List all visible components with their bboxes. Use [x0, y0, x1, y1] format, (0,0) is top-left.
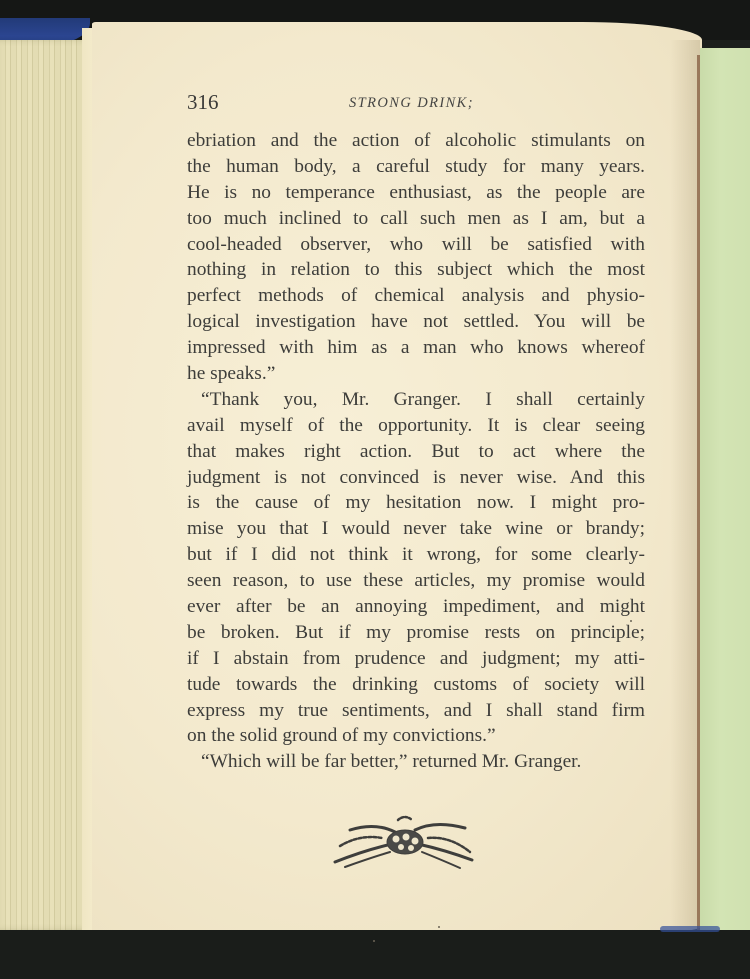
text-line: he speaks.” [187, 361, 645, 387]
text-line: “Which will be far better,” returned Mr.… [187, 749, 645, 775]
text-line: express my true sentiments, and I shall … [187, 698, 645, 724]
page-stack-edges [0, 40, 92, 930]
text-line: cool-headed observer, who will be satisf… [187, 232, 645, 258]
text-line: but if I did not think it wrong, for som… [187, 542, 645, 568]
text-line: mise you that I would never take wine or… [187, 516, 645, 542]
text-line: ebriation and the action of alcoholic st… [187, 128, 645, 154]
text-line: judgment is not convinced is never wise.… [187, 465, 645, 491]
text-line: logical investigation have not settled. … [187, 309, 645, 335]
text-line: on the solid ground of my convictions.” [187, 723, 645, 749]
page-number: 316 [187, 90, 219, 115]
text-line: seen reason, to use these articles, my p… [187, 568, 645, 594]
body-text: ebriation and the action of alcoholic st… [187, 128, 645, 775]
text-line: perfect methods of chemical analysis and… [187, 283, 645, 309]
text-line: ever after be an annoying impediment, an… [187, 594, 645, 620]
text-line: that makes right action. But to act wher… [187, 439, 645, 465]
gutter-shadow [670, 40, 700, 930]
page-header: 316 STRONG DRINK; [187, 90, 642, 120]
text-line: the human body, a careful study for many… [187, 154, 645, 180]
cover-corner [660, 926, 720, 932]
text-line: avail myself of the opportunity. It is c… [187, 413, 645, 439]
text-line: if I abstain from prudence and judgment;… [187, 646, 645, 672]
text-line: tude towards the drinking customs of soc… [187, 672, 645, 698]
facing-page [700, 48, 750, 930]
text-line: is the cause of my hesitation now. I mig… [187, 490, 645, 516]
running-head: STRONG DRINK; [349, 95, 474, 112]
background-bottom [0, 930, 750, 979]
text-line: impressed with him as a man who knows wh… [187, 335, 645, 361]
text-line: nothing in relation to this subject whic… [187, 257, 645, 283]
text-line: too much inclined to call such men as I … [187, 206, 645, 232]
floral-ornament-icon [330, 812, 480, 872]
text-line: He is no temperance enthusiast, as the p… [187, 180, 645, 206]
text-line: “Thank you, Mr. Granger. I shall certain… [187, 387, 645, 413]
text-line: be broken. But if my promise rests on pr… [187, 620, 645, 646]
